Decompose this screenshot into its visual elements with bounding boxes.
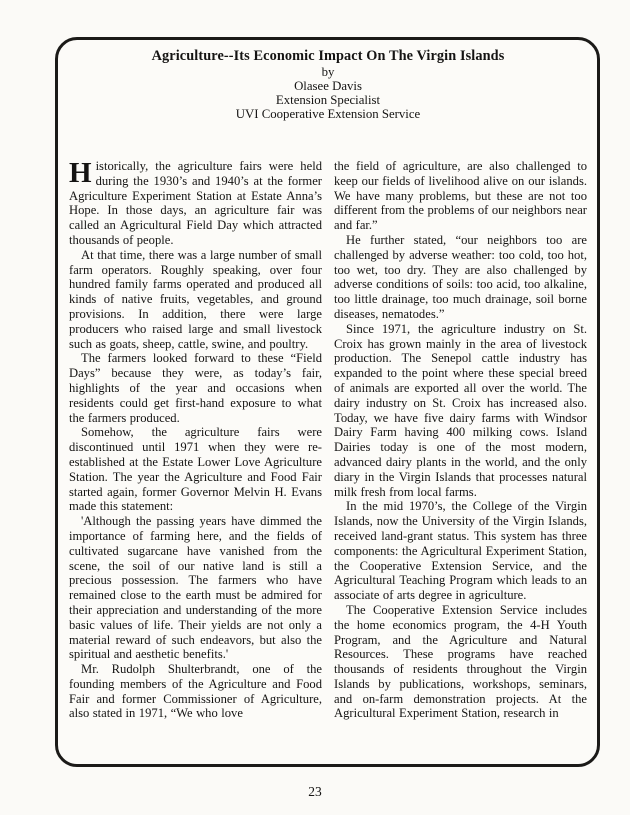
article-paragraph: The Cooperative Extension Service includ…: [334, 603, 587, 721]
paragraph-text: istorically, the agriculture fairs were …: [69, 159, 322, 247]
article-paragraph: Historically, the agriculture fairs were…: [69, 159, 322, 248]
author-name: Olasee Davis: [69, 79, 587, 93]
article-paragraph: Somehow, the agriculture fairs were disc…: [69, 425, 322, 514]
page-border-frame: Agriculture--Its Economic Impact On The …: [55, 37, 600, 767]
left-column: Historically, the agriculture fairs were…: [69, 159, 322, 763]
article-paragraph: The farmers looked forward to these “Fie…: [69, 351, 322, 425]
author-role: Extension Specialist: [69, 93, 587, 107]
article-paragraph: the field of agriculture, are also chall…: [334, 159, 587, 233]
article-paragraph: In the mid 1970’s, the College of the Vi…: [334, 499, 587, 603]
article-paragraph: He further stated, “our neighbors too ar…: [334, 233, 587, 322]
right-column: the field of agriculture, are also chall…: [334, 159, 587, 763]
organization: UVI Cooperative Extension Service: [69, 107, 587, 121]
article-paragraph: At that time, there was a large number o…: [69, 248, 322, 352]
drop-cap: H: [69, 159, 96, 185]
article-paragraph: Since 1971, the agriculture industry on …: [334, 322, 587, 500]
article-body: Historically, the agriculture fairs were…: [69, 159, 587, 763]
page-number: 23: [0, 784, 630, 800]
article-header: Agriculture--Its Economic Impact On The …: [69, 48, 587, 121]
byline: by: [69, 65, 587, 79]
article-paragraph: Mr. Rudolph Shulterbrandt, one of the fo…: [69, 662, 322, 721]
article-paragraph: 'Although the passing years have dimmed …: [69, 514, 322, 662]
article-title: Agriculture--Its Economic Impact On The …: [69, 48, 587, 65]
